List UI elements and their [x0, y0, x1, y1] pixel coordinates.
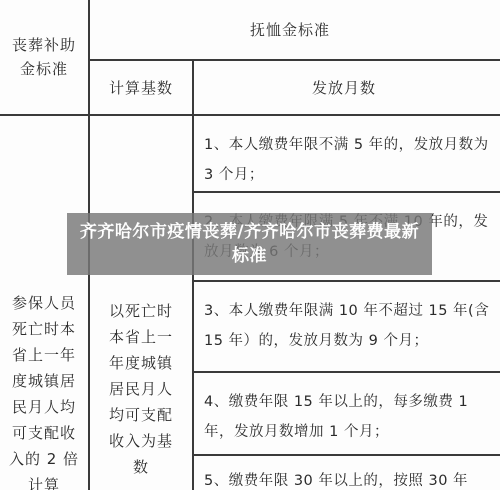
header-payment-months: 发放月数	[194, 61, 500, 114]
pension-basis-line: 均可支配	[109, 402, 173, 428]
payment-rule-5: 5、缴费年限 30 年以上的，按照 30 年	[194, 456, 500, 490]
funeral-basis-line: 死亡时本	[12, 316, 76, 342]
header-pension-standard: 抚恤金标准	[90, 0, 500, 59]
funeral-subsidy-table-image: 丧葬补助 金标准 抚恤金标准 计算基数 发放月数 参保人员 死亡时本 省上一年 …	[0, 0, 500, 490]
funeral-basis-line: 入的 2 倍	[9, 446, 79, 472]
funeral-basis-line: 可支配收	[12, 420, 76, 446]
funeral-subsidy-basis: 参保人员 死亡时本 省上一年 度城镇居 民月人均 可支配收 入的 2 倍 计算	[0, 290, 88, 490]
funeral-basis-line: 民月人均	[12, 394, 76, 420]
funeral-basis-line: 计算	[28, 472, 60, 490]
payment-rule-1: 1、本人缴费年限不满 5 年的，发放月数为 3 个月；	[194, 116, 500, 191]
payment-rule-text: 5、缴费年限 30 年以上的，按照 30 年	[204, 466, 468, 490]
header-funeral-subsidy-standard: 丧葬补助 金标准	[0, 0, 88, 114]
payment-rule-text: 3、本人缴费年限满 10 年不超过 15 年(含 15 年）的，发放月数为 9 …	[204, 296, 492, 356]
funeral-basis-line: 度城镇居	[12, 368, 76, 394]
headline-title: 齐齐哈尔市疫情丧葬/齐齐哈尔市丧葬费最新标准	[73, 220, 426, 268]
payment-rule-text: 1、本人缴费年限不满 5 年的，发放月数为 3 个月；	[204, 130, 492, 190]
header-calculation-basis-label: 计算基数	[109, 76, 173, 100]
header-payment-months-label: 发放月数	[312, 76, 376, 100]
payment-rule-text: 4、缴费年限 15 年以上的，每多缴费 1 年，发放月数增加 1 个月；	[204, 387, 492, 447]
pension-basis-line: 收入为基	[109, 428, 173, 454]
funeral-basis-line: 省上一年	[12, 342, 76, 368]
headline-overlay-banner: 齐齐哈尔市疫情丧葬/齐齐哈尔市丧葬费最新标准	[67, 213, 432, 275]
pension-calculation-basis: 以死亡时 本省上一 年度城镇 居民月人 均可支配 收入为基 数	[90, 298, 192, 490]
pension-basis-line: 数	[133, 454, 149, 480]
payment-rule-4: 4、缴费年限 15 年以上的，每多缴费 1 年，发放月数增加 1 个月；	[194, 373, 500, 454]
pension-basis-line: 以死亡时	[109, 298, 173, 324]
pension-basis-line: 年度城镇	[109, 350, 173, 376]
funeral-basis-line: 参保人员	[12, 290, 76, 316]
payment-rule-3: 3、本人缴费年限满 10 年不超过 15 年(含 15 年）的，发放月数为 9 …	[194, 282, 500, 371]
pension-basis-line: 居民月人	[109, 376, 173, 402]
header-funeral-line-2: 金标准	[20, 57, 68, 81]
header-pension-standard-label: 抚恤金标准	[250, 18, 330, 42]
header-calculation-basis: 计算基数	[90, 61, 192, 114]
pension-basis-line: 本省上一	[109, 324, 173, 350]
header-funeral-line-1: 丧葬补助	[12, 33, 76, 57]
